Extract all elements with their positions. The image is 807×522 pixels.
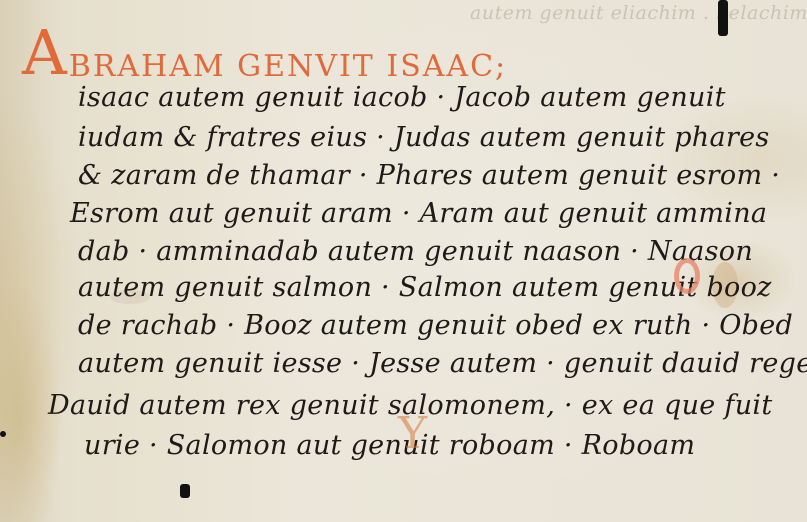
rubric-text: BRAHAM GENVIT ISAAC; [69,49,507,84]
rubric-heading: ABRAHAM GENVIT ISAAC; [22,22,507,84]
text-line: iudam & fratres eius · Judas autem genui… [78,122,770,153]
text-line: isaac autem genuit iacob · Jacob autem g… [78,82,726,113]
text-line: de rachab · Booz autem genuit obed ex ru… [78,310,793,341]
text-line: autem genuit iesse · Jesse autem · genui… [78,348,807,379]
rubric-initial: A [22,16,67,89]
show-through-text: autem genuit eliachim . helachim aut gen… [470,2,807,24]
text-line: dab · amminadab autem genuit naason · Na… [78,236,753,267]
text-line: & zaram de thamar · Phares autem genuit … [78,160,780,191]
text-line: autem genuit salmon · Salmon autem genui… [78,272,772,303]
text-line: Esrom aut genuit aram · Aram aut genuit … [70,198,767,229]
marginal-y-mark: Y [398,408,427,459]
ink-blot [718,0,728,36]
marginal-o-mark [674,258,700,294]
ink-blot [180,484,190,498]
ink-blot [0,431,6,437]
text-line: urie · Salomon aut genuit roboam · Roboa… [84,430,695,461]
